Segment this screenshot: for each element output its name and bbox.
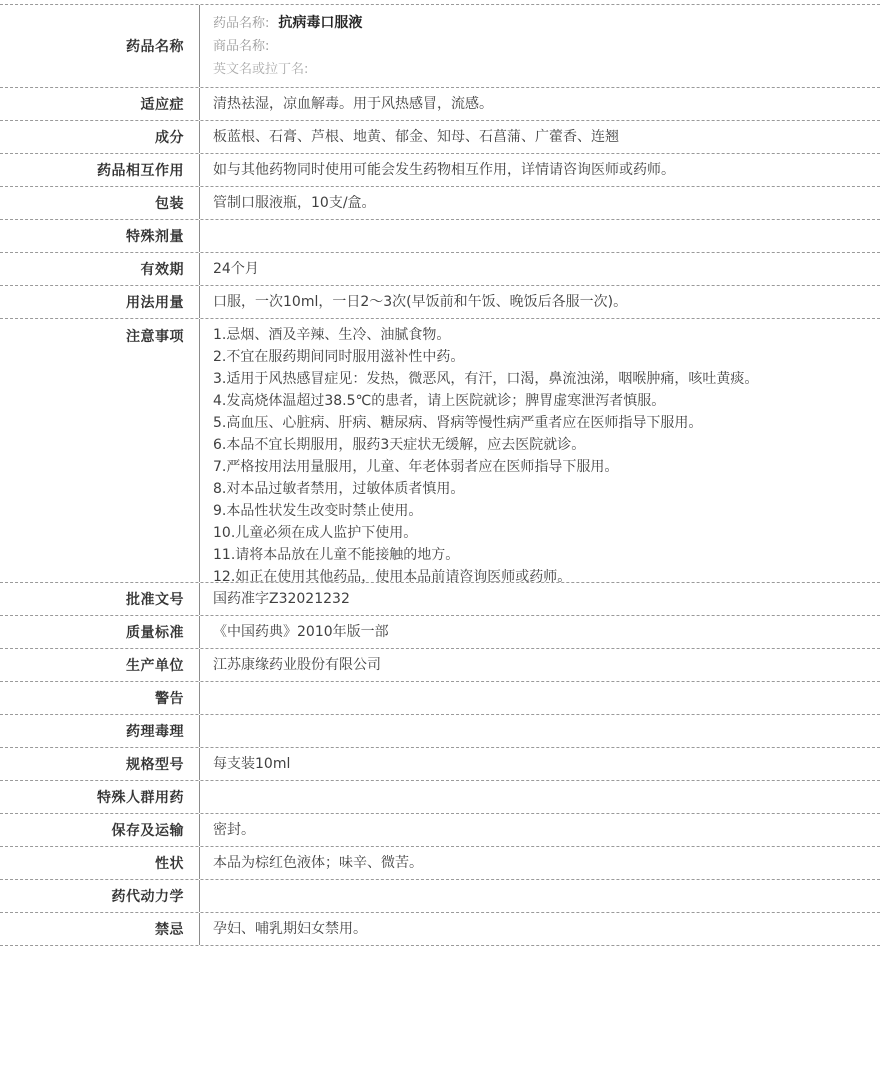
row-value-drug-interactions: 如与其他药物同时使用可能会发生药物相互作用，详情请咨询医师或药师。 xyxy=(200,154,880,186)
row-label-text: 批准文号 xyxy=(126,589,184,609)
row-label-text: 药品相互作用 xyxy=(97,160,184,180)
table-row-pharmacokinetics: 药代动力学 xyxy=(0,880,880,913)
value-line: 《中国药典》2010年版一部 xyxy=(213,621,870,643)
value-line: 6.本品不宜长期服用，服药3天症状无缓解，应去医院就诊。 xyxy=(213,434,870,456)
value-line: 24个月 xyxy=(213,258,870,280)
row-label-indications: 适应症 xyxy=(0,88,200,120)
value-line: 密封。 xyxy=(213,819,870,841)
drug-name-field: 英文名或拉丁名: xyxy=(213,58,870,81)
table-row-ingredients: 成分板蓝根、石膏、芦根、地黄、郁金、知母、石菖蒲、广藿香、连翘 xyxy=(0,121,880,154)
field-label: 英文名或拉丁名: xyxy=(213,62,308,77)
table-row-special-population: 特殊人群用药 xyxy=(0,781,880,814)
row-label-validity-period: 有效期 xyxy=(0,253,200,285)
table-row-pharmacology-toxicology: 药理毒理 xyxy=(0,715,880,748)
value-line: 板蓝根、石膏、芦根、地黄、郁金、知母、石菖蒲、广藿香、连翘 xyxy=(213,126,870,148)
table-row-drug-interactions: 药品相互作用如与其他药物同时使用可能会发生药物相互作用，详情请咨询医师或药师。 xyxy=(0,154,880,187)
row-value-quality-standard: 《中国药典》2010年版一部 xyxy=(200,616,880,648)
row-label-specification: 规格型号 xyxy=(0,748,200,780)
table-row-quality-standard: 质量标准《中国药典》2010年版一部 xyxy=(0,616,880,649)
row-label-approval-number: 批准文号 xyxy=(0,583,200,615)
row-label-text: 注意事项 xyxy=(126,326,184,346)
row-label-warning: 警告 xyxy=(0,682,200,714)
value-line: 如与其他药物同时使用可能会发生药物相互作用，详情请咨询医师或药师。 xyxy=(213,159,870,181)
row-label-manufacturer: 生产单位 xyxy=(0,649,200,681)
row-label-text: 适应症 xyxy=(141,94,185,114)
table-row-approval-number: 批准文号国药准字Z32021232 xyxy=(0,583,880,616)
row-label-special-dosage: 特殊剂量 xyxy=(0,220,200,252)
drug-name-field: 药品名称:抗病毒口服液 xyxy=(213,12,870,35)
row-label-storage-transport: 保存及运输 xyxy=(0,814,200,846)
row-label-text: 特殊剂量 xyxy=(126,226,184,246)
row-label-text: 特殊人群用药 xyxy=(97,787,184,807)
row-value-validity-period: 24个月 xyxy=(200,253,880,285)
row-label-properties: 性状 xyxy=(0,847,200,879)
field-value: 抗病毒口服液 xyxy=(278,15,362,31)
row-label-text: 性状 xyxy=(155,853,184,873)
row-value-storage-transport: 密封。 xyxy=(200,814,880,846)
value-line: 10.儿童必须在成人监护下使用。 xyxy=(213,522,870,544)
table-row-contraindications: 禁忌孕妇、哺乳期妇女禁用。 xyxy=(0,913,880,946)
row-label-text: 质量标准 xyxy=(126,622,184,642)
row-label-ingredients: 成分 xyxy=(0,121,200,153)
row-label-text: 药理毒理 xyxy=(126,721,184,741)
row-value-special-dosage xyxy=(200,220,880,252)
row-label-drug-name: 药品名称 xyxy=(0,5,200,87)
value-line: 每支装10ml xyxy=(213,753,870,775)
row-label-text: 药品名称 xyxy=(126,36,184,56)
value-line: 江苏康缘药业股份有限公司 xyxy=(213,654,870,676)
row-label-pharmacokinetics: 药代动力学 xyxy=(0,880,200,912)
row-value-warning xyxy=(200,682,880,714)
drug-info-table: 药品名称药品名称:抗病毒口服液商品名称:英文名或拉丁名:适应症清热祛湿，凉血解毒… xyxy=(0,4,880,946)
row-label-text: 药代动力学 xyxy=(112,886,185,906)
row-value-usage-dosage: 口服，一次10ml，一日2～3次(早饭前和午饭、晚饭后各服一次)。 xyxy=(200,286,880,318)
table-row-indications: 适应症清热祛湿，凉血解毒。用于风热感冒，流感。 xyxy=(0,88,880,121)
row-label-text: 保存及运输 xyxy=(112,820,185,840)
row-label-text: 成分 xyxy=(155,127,184,147)
value-line: 8.对本品过敏者禁用，过敏体质者慎用。 xyxy=(213,478,870,500)
drug-name-field: 商品名称: xyxy=(213,35,870,58)
value-line: 4.发高烧体温超过38.5℃的患者，请上医院就诊；脾胃虚寒泄泻者慎服。 xyxy=(213,390,870,412)
table-row-precautions: 注意事项1.忌烟、酒及辛辣、生冷、油腻食物。2.不宜在服药期间同时服用滋补性中药… xyxy=(0,319,880,583)
row-label-text: 有效期 xyxy=(141,259,185,279)
row-label-precautions: 注意事项 xyxy=(0,319,200,582)
table-row-manufacturer: 生产单位江苏康缘药业股份有限公司 xyxy=(0,649,880,682)
value-line: 1.忌烟、酒及辛辣、生冷、油腻食物。 xyxy=(213,324,870,346)
table-row-drug-name: 药品名称药品名称:抗病毒口服液商品名称:英文名或拉丁名: xyxy=(0,5,880,88)
table-row-special-dosage: 特殊剂量 xyxy=(0,220,880,253)
row-label-packaging: 包装 xyxy=(0,187,200,219)
row-label-usage-dosage: 用法用量 xyxy=(0,286,200,318)
value-line: 2.不宜在服药期间同时服用滋补性中药。 xyxy=(213,346,870,368)
value-line: 孕妇、哺乳期妇女禁用。 xyxy=(213,918,870,940)
row-value-precautions: 1.忌烟、酒及辛辣、生冷、油腻食物。2.不宜在服药期间同时服用滋补性中药。3.适… xyxy=(200,319,880,582)
row-label-text: 生产单位 xyxy=(126,655,184,675)
table-row-warning: 警告 xyxy=(0,682,880,715)
row-label-text: 用法用量 xyxy=(126,292,184,312)
row-label-quality-standard: 质量标准 xyxy=(0,616,200,648)
row-label-text: 警告 xyxy=(155,688,184,708)
row-value-approval-number: 国药准字Z32021232 xyxy=(200,583,880,615)
table-row-properties: 性状本品为棕红色液体；味辛、微苦。 xyxy=(0,847,880,880)
table-row-validity-period: 有效期24个月 xyxy=(0,253,880,286)
row-value-manufacturer: 江苏康缘药业股份有限公司 xyxy=(200,649,880,681)
value-line: 口服，一次10ml，一日2～3次(早饭前和午饭、晚饭后各服一次)。 xyxy=(213,291,870,313)
value-line: 7.严格按用法用量服用，儿童、年老体弱者应在医师指导下服用。 xyxy=(213,456,870,478)
table-row-specification: 规格型号每支装10ml xyxy=(0,748,880,781)
field-label: 药品名称: xyxy=(213,16,269,31)
row-label-pharmacology-toxicology: 药理毒理 xyxy=(0,715,200,747)
row-value-pharmacokinetics xyxy=(200,880,880,912)
row-label-contraindications: 禁忌 xyxy=(0,913,200,945)
row-label-text: 禁忌 xyxy=(155,919,184,939)
row-label-text: 包装 xyxy=(155,193,184,213)
value-line: 3.适用于风热感冒症见：发热，微恶风，有汗，口渴，鼻流浊涕，咽喉肿痛，咳吐黄痰。 xyxy=(213,368,870,390)
table-row-usage-dosage: 用法用量口服，一次10ml，一日2～3次(早饭前和午饭、晚饭后各服一次)。 xyxy=(0,286,880,319)
row-label-drug-interactions: 药品相互作用 xyxy=(0,154,200,186)
row-value-indications: 清热祛湿，凉血解毒。用于风热感冒，流感。 xyxy=(200,88,880,120)
value-line: 清热祛湿，凉血解毒。用于风热感冒，流感。 xyxy=(213,93,870,115)
value-line: 9.本品性状发生改变时禁止使用。 xyxy=(213,500,870,522)
row-value-ingredients: 板蓝根、石膏、芦根、地黄、郁金、知母、石菖蒲、广藿香、连翘 xyxy=(200,121,880,153)
table-row-packaging: 包装管制口服液瓶，10支/盒。 xyxy=(0,187,880,220)
row-value-packaging: 管制口服液瓶，10支/盒。 xyxy=(200,187,880,219)
value-line: 5.高血压、心脏病、肝病、糖尿病、肾病等慢性病严重者应在医师指导下服用。 xyxy=(213,412,870,434)
row-value-specification: 每支装10ml xyxy=(200,748,880,780)
row-value-drug-name: 药品名称:抗病毒口服液商品名称:英文名或拉丁名: xyxy=(200,5,880,87)
row-label-text: 规格型号 xyxy=(126,754,184,774)
row-value-contraindications: 孕妇、哺乳期妇女禁用。 xyxy=(200,913,880,945)
row-value-pharmacology-toxicology xyxy=(200,715,880,747)
row-value-special-population xyxy=(200,781,880,813)
row-label-special-population: 特殊人群用药 xyxy=(0,781,200,813)
value-line: 本品为棕红色液体；味辛、微苦。 xyxy=(213,852,870,874)
field-label: 商品名称: xyxy=(213,39,269,54)
value-line: 国药准字Z32021232 xyxy=(213,588,870,610)
table-row-storage-transport: 保存及运输密封。 xyxy=(0,814,880,847)
row-value-properties: 本品为棕红色液体；味辛、微苦。 xyxy=(200,847,880,879)
value-line: 11.请将本品放在儿童不能接触的地方。 xyxy=(213,544,870,566)
value-line: 管制口服液瓶，10支/盒。 xyxy=(213,192,870,214)
